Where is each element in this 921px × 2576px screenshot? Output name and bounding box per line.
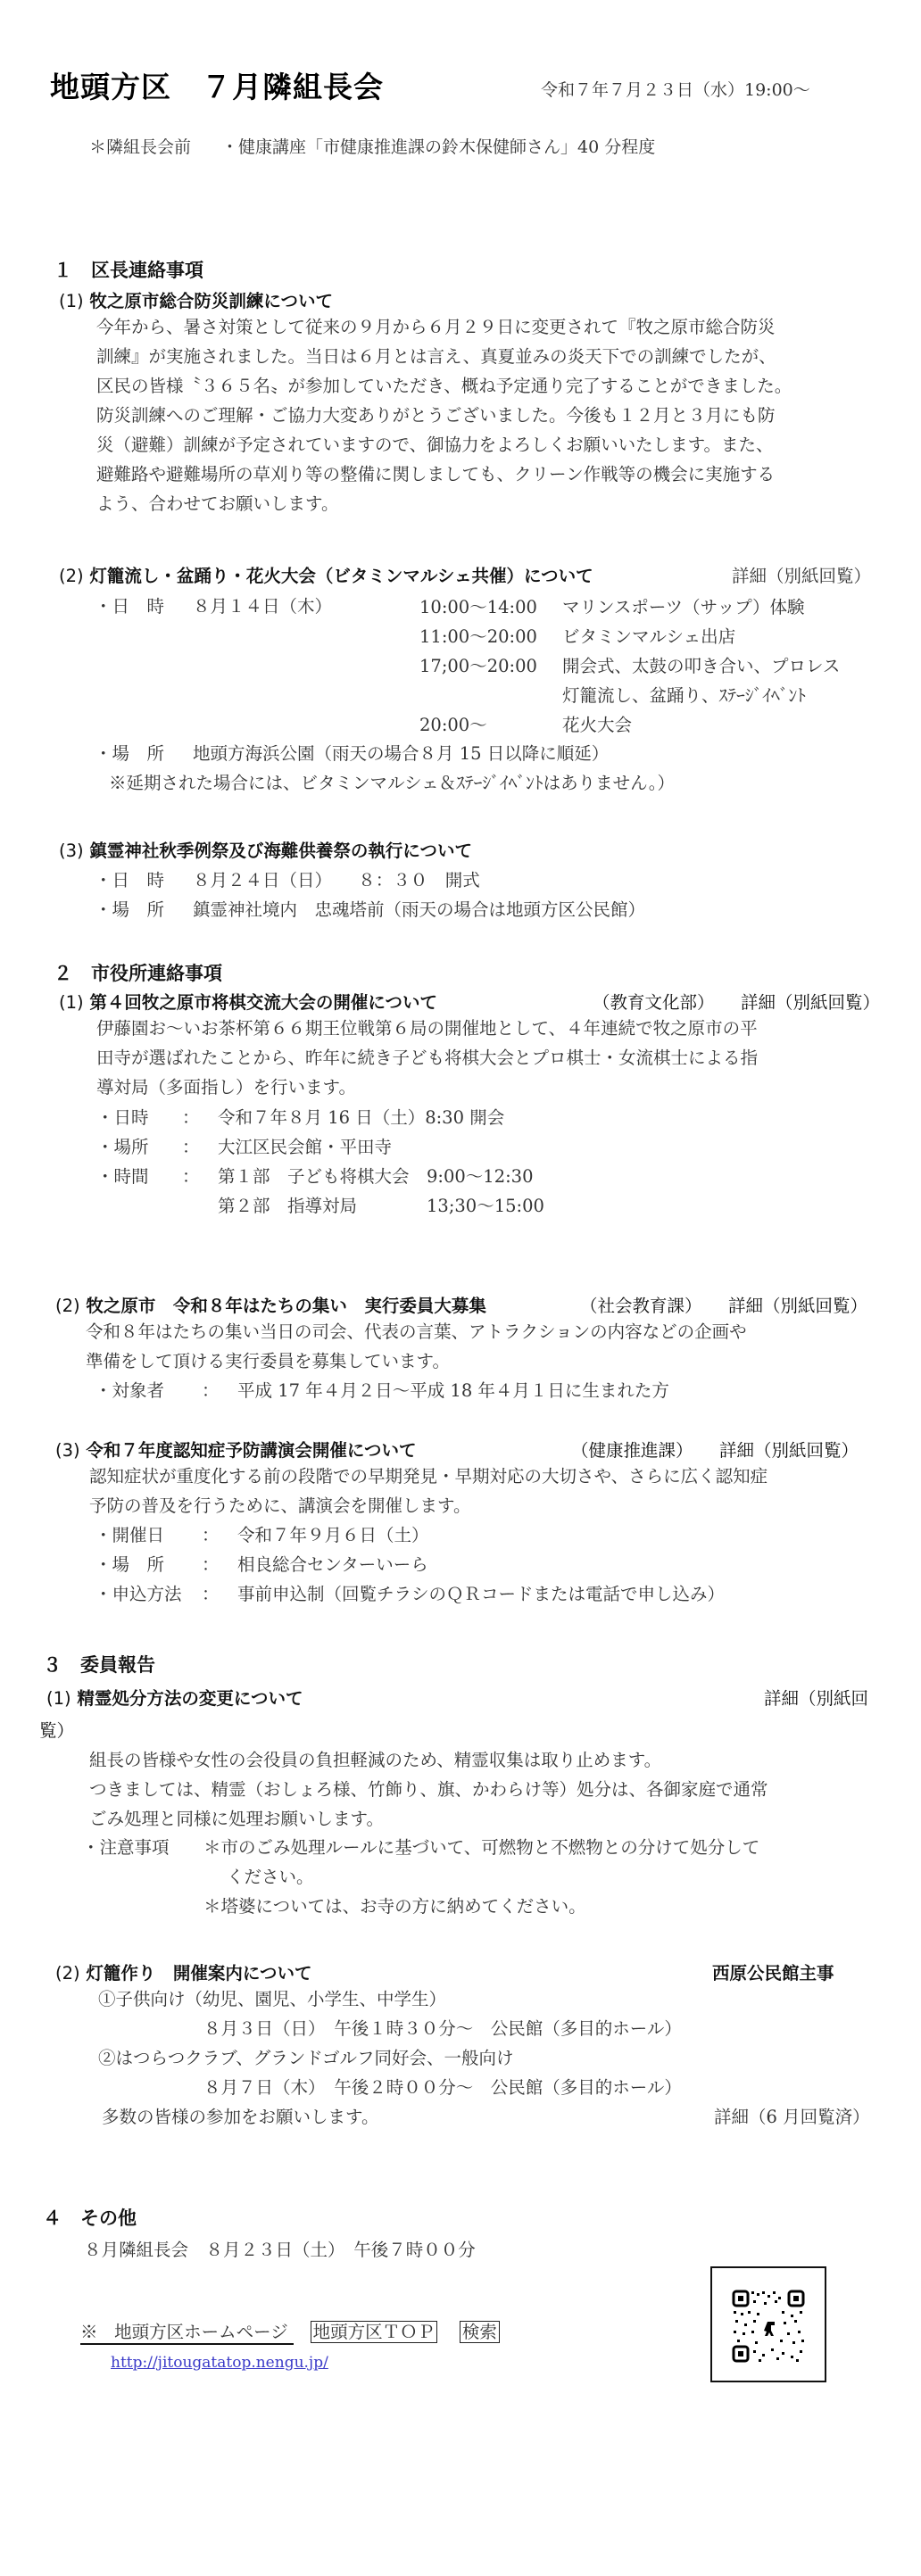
row-value: 令和７年９月６日（土） [237, 1520, 429, 1550]
search-button[interactable]: 検索 [460, 2321, 500, 2343]
row-label [96, 1191, 182, 1221]
row-sep: ： [182, 1132, 218, 1162]
body-line: 田寺が選ばれたことから、昨年に続き子ども将棋大会とプロ棋士・女流棋士による指 [96, 1043, 758, 1073]
row-label: ・日時 [96, 1103, 182, 1132]
s2-item3-heading: (3) 令和７年度認知症予防講演会開催について [55, 1437, 417, 1462]
s2-item3-dept: （健康推進課） [571, 1437, 693, 1462]
s1-item2-place-label: ・場 所 [95, 740, 164, 765]
s2-item1-body: 伊藤園お～いお茶杯第６６期王位戦第６局の開催地として、４年連続で牧之原市の平 田… [96, 1014, 758, 1102]
section-2-title: ２ 市役所連絡事項 [54, 959, 222, 986]
section-3-title: ３ 委員報告 [43, 1651, 155, 1677]
pre-meeting-label: ＊隣組長会前 [89, 134, 191, 158]
caution-line: ください。 [203, 1862, 759, 1892]
meeting-date: 令和７年７月２３日（水）19:00～ [541, 77, 810, 101]
body-line: 組長の皆様や女性の会役員の負担軽減のため、精霊収集は取り止めます。 [89, 1745, 768, 1775]
row-value: 大江区民会館・平田寺 [218, 1132, 392, 1162]
s3-item1-detail: 詳細（別紙回 [764, 1685, 868, 1710]
s4-text: ８月隣組長会 ８月２３日（土） 午後７時００分 [84, 2235, 476, 2265]
s1-item2-date-value: ８月１４日（木） [193, 592, 332, 617]
s1-item3-place-value: 鎮霊神社境内 忠魂塔前（雨天の場合は地頭方区公民館） [193, 896, 645, 921]
s3-item1-caution-label: ・注意事項 [82, 1833, 170, 1862]
info-row: ・開催日：令和７年９月６日（土） [95, 1520, 725, 1550]
row-sep: ： [202, 1376, 237, 1405]
s1-item2-schedule: 10:00～14:00マリンスポーツ（サップ）体験 11:00～20:00ビタミ… [419, 592, 840, 740]
s2-item2-rows: ・対象者：平成 17 年４月２日～平成 18 年４月１日に生まれた方 [95, 1376, 669, 1405]
section-1-title: １ 区長連絡事項 [54, 256, 203, 283]
info-row: ・申込方法：事前申込制（回覧チラシのＱＲコードまたは電話で申し込み） [95, 1579, 725, 1609]
row-label: ・場 所 [95, 1550, 202, 1579]
search-term-box[interactable]: 地頭方区ＴＯＰ [311, 2321, 438, 2343]
section-4-title: ４ その他 [43, 2204, 137, 2231]
row-value: 平成 17 年４月２日～平成 18 年４月１日に生まれた方 [237, 1376, 669, 1405]
s2-item3-rows: ・開催日：令和７年９月６日（土） ・場 所：相良総合センターいーら ・申込方法：… [95, 1520, 725, 1609]
s3-item1-heading: (1) 精霊処分方法の変更について [46, 1685, 303, 1710]
row-value: 令和７年８月 16 日（土）8:30 開会 [218, 1103, 504, 1132]
item-title: 鎮霊神社秋季例祭及び海難供養祭の執行について [89, 841, 472, 861]
body-line: 訓練』が実施されました。当日は６月とは言え、真夏並みの炎天下での訓練でしたが、 [96, 342, 792, 371]
item-title: 牧之原市総合防災訓練について [89, 291, 333, 311]
schedule-time: 10:00～14:00 [419, 592, 562, 622]
homepage-url-link[interactable]: http://jitougatatop.nengu.jp/ [111, 2354, 328, 2372]
page-title: 地頭方区 ７月隣組長会 [50, 64, 384, 106]
item-number: (1) [59, 992, 84, 1013]
body-line: つきましては、精霊（おしょろ様、竹飾り、旗、かわらけ等）処分は、各御家庭で通常 [89, 1775, 768, 1804]
s1-item1-heading: (1) 牧之原市総合防災訓練について [59, 287, 333, 312]
homepage-label-wrap: ※ 地頭方区ホームページ [80, 2322, 294, 2345]
body-line: 避難路や避難場所の草刈り等の整備に関しましても、クリーン作戦等の機会に実施する [96, 460, 792, 489]
row-value: 第２部 指導対局 13;30～15:00 [218, 1191, 544, 1221]
caution-line: ＊市のごみ処理ルールに基づいて、可燃物と不燃物との分けて処分して [203, 1833, 759, 1862]
schedule-event: ビタミンマルシェ出店 [562, 622, 735, 651]
body-line: 準備をして頂ける実行委員を募集しています。 [86, 1346, 747, 1376]
schedule-event: 花火大会 [562, 710, 632, 740]
schedule-time [419, 681, 562, 710]
event-line: ②はつらつクラブ、グランドゴルフ同好会、一般向け [98, 2043, 682, 2073]
s2-item1-dept: （教育文化部） [593, 989, 715, 1014]
s3-item1-detail-wrap: 覧） [39, 1717, 74, 1742]
pre-meeting-text: ・健康講座「市健康推進課の鈴木保健師さん」40 分程度 [221, 134, 655, 158]
s2-item1-detail: 詳細（別紙回覧） [741, 989, 880, 1014]
schedule-row: 11:00～20:00ビタミンマルシェ出店 [419, 622, 840, 651]
body-line: 今年から、暑さ対策として従来の９月から６月２９日に変更されて『牧之原市総合防災 [96, 312, 792, 342]
info-row: 第２部 指導対局 13;30～15:00 [96, 1191, 544, 1221]
body-line: 予防の普及を行うために、講演会を開催します。 [89, 1491, 767, 1520]
event-line: ８月３日（日） 午後１時３０分～ 公民館（多目的ホール） [98, 2014, 682, 2043]
row-sep: ： [182, 1162, 218, 1191]
item-title: 令和７年度認知症予防講演会開催について [86, 1440, 416, 1461]
s1-item2-detail: 詳細（別紙回覧） [732, 562, 871, 587]
item-number: (2) [59, 566, 84, 586]
s2-item2-detail: 詳細（別紙回覧） [728, 1292, 867, 1317]
s2-item1-rows: ・日時：令和７年８月 16 日（土）8:30 開会 ・場所：大江区民会館・平田寺… [96, 1103, 544, 1221]
info-row: ・場所：大江区民会館・平田寺 [96, 1132, 544, 1162]
item-number: (3) [59, 841, 84, 861]
row-label: ・申込方法 [95, 1579, 202, 1609]
s3-item2-closing: 多数の皆様の参加をお願いします。 [102, 2102, 378, 2132]
s3-item2-lines: ①子供向け（幼児、園児、小学生、中学生） ８月３日（日） 午後１時３０分～ 公民… [98, 1984, 682, 2102]
s3-item2-heading: (2) 灯籠作り 開催案内について [55, 1959, 312, 1984]
body-line: 導対局（多面指し）を行います。 [96, 1073, 758, 1102]
body-line: 区民の皆様〝３６５名〟が参加していただき、概ね予定通り完了することができました。 [96, 371, 792, 401]
s1-item3-date-value: ８月２４日（日） ８：３０ 開式 [193, 866, 480, 891]
schedule-event: 開会式、太鼓の叩き合い、プロレス [562, 651, 840, 681]
schedule-time: 20:00～ [419, 710, 562, 740]
s3-item2-detail: 詳細（6 月回覧済） [714, 2102, 870, 2132]
s2-item1-heading: (1) 第４回牧之原市将棋交流大会の開催について [59, 989, 437, 1014]
row-label: ・対象者 [95, 1376, 202, 1405]
item-number: (3) [55, 1440, 80, 1461]
item-title: 灯籠流し・盆踊り・花火大会（ビタミンマルシェ共催）について [89, 566, 593, 586]
row-value: 事前申込制（回覧チラシのＱＲコードまたは電話で申し込み） [237, 1579, 725, 1609]
caution-line: ＊塔婆については、お寺の方に納めてください。 [203, 1892, 759, 1921]
schedule-event: マリンスポーツ（サップ）体験 [562, 592, 804, 622]
s1-item2-date-label: ・日 時 [95, 592, 164, 617]
s1-item1-body: 今年から、暑さ対策として従来の９月から６月２９日に変更されて『牧之原市総合防災 … [96, 312, 792, 518]
s2-item2-dept: （社会教育課） [580, 1292, 702, 1317]
row-value: 相良総合センターいーら [237, 1550, 428, 1579]
s1-item3-heading: (3) 鎮霊神社秋季例祭及び海難供養祭の執行について [59, 837, 472, 862]
body-line: ごみ処理と同様に処理お願いします。 [89, 1804, 768, 1834]
row-label: ・場所 [96, 1132, 182, 1162]
row-sep [182, 1191, 218, 1221]
s2-item2-heading: (2) 牧之原市 令和８年はたちの集い 実行委員大募集 [55, 1292, 486, 1317]
item-title: 牧之原市 令和８年はたちの集い 実行委員大募集 [86, 1296, 486, 1316]
schedule-row: 20:00～花火大会 [419, 710, 840, 740]
item-number: (1) [46, 1688, 71, 1709]
s1-item2-note: ※延期された場合には、ビタミンマルシェ＆ｽﾃｰｼﾞｲﾍﾞﾝﾄはありません。） [109, 769, 675, 794]
item-number: (1) [59, 291, 84, 311]
event-line: ①子供向け（幼児、園児、小学生、中学生） [98, 1984, 682, 2014]
info-row: ・場 所：相良総合センターいーら [95, 1550, 725, 1579]
info-row: ・対象者：平成 17 年４月２日～平成 18 年４月１日に生まれた方 [95, 1376, 669, 1405]
homepage-note: ※ 地頭方区ホームページ 地頭方区ＴＯＰ 検索 [80, 2318, 500, 2343]
schedule-event: 灯籠流し、盆踊り、ｽﾃｰｼﾞｲﾍﾞﾝﾄ [562, 681, 806, 710]
body-line: 認知症状が重度化する前の段階での早期発見・早期対応の大切さや、さらに広く認知症 [89, 1462, 767, 1491]
body-line: 伊藤園お～いお茶杯第６６期王位戦第６局の開催地として、４年連続で牧之原市の平 [96, 1014, 758, 1043]
item-number: (2) [55, 1296, 80, 1316]
row-value: 第１部 子ども将棋大会 9:00～12:30 [218, 1162, 534, 1191]
s3-item2-org: 西原公民館主事 [712, 1959, 834, 1984]
item-title: 灯籠作り 開催案内について [86, 1963, 311, 1984]
s3-item1-caution: ＊市のごみ処理ルールに基づいて、可燃物と不燃物との分けて処分して ください。 ＊… [203, 1833, 759, 1921]
row-sep: ： [182, 1103, 218, 1132]
s1-item2-place-value: 地頭方海浜公園（雨天の場合８月 15 日以降に順延） [193, 740, 609, 765]
info-row: ・日時：令和７年８月 16 日（土）8:30 開会 [96, 1103, 544, 1132]
qr-code [710, 2266, 826, 2382]
info-row: ・時間：第１部 子ども将棋大会 9:00～12:30 [96, 1162, 544, 1191]
schedule-time: 17;00～20:00 [419, 651, 562, 681]
row-sep: ： [202, 1550, 237, 1579]
event-line: ８月７日（木） 午後２時００分～ 公民館（多目的ホール） [98, 2073, 682, 2102]
item-number: (2) [55, 1963, 80, 1984]
homepage-label: 地頭方区ホームページ [114, 2322, 288, 2342]
item-title: 精霊処分方法の変更について [77, 1688, 303, 1709]
schedule-row: 17;00～20:00開会式、太鼓の叩き合い、プロレス [419, 651, 840, 681]
row-sep: ： [202, 1579, 237, 1609]
s1-item3-date-label: ・日 時 [95, 866, 164, 891]
item-title: 第４回牧之原市将棋交流大会の開催について [89, 992, 437, 1013]
schedule-time: 11:00～20:00 [419, 622, 562, 651]
s2-item3-body: 認知症状が重度化する前の段階での早期発見・早期対応の大切さや、さらに広く認知症 … [89, 1462, 767, 1520]
row-label: ・開催日 [95, 1520, 202, 1550]
s2-item3-detail: 詳細（別紙回覧） [719, 1437, 859, 1462]
s2-item2-body: 令和８年はたちの集い当日の司会、代表の言葉、アトラクションの内容などの企画や 準… [86, 1317, 747, 1376]
body-line: よう、合わせてお願いします。 [96, 489, 792, 518]
qr-code-icon [712, 2268, 825, 2381]
schedule-row: 10:00～14:00マリンスポーツ（サップ）体験 [419, 592, 840, 622]
body-line: 令和８年はたちの集い当日の司会、代表の言葉、アトラクションの内容などの企画や [86, 1317, 747, 1346]
row-label: ・時間 [96, 1162, 182, 1191]
body-line: 災（避難）訓練が予定されていますので、御協力をよろしくお願いいたします。また、 [96, 430, 792, 460]
s1-item2-heading: (2) 灯籠流し・盆踊り・花火大会（ビタミンマルシェ共催）について [59, 562, 593, 587]
note-mark: ※ [80, 2322, 98, 2342]
schedule-row: 灯籠流し、盆踊り、ｽﾃｰｼﾞｲﾍﾞﾝﾄ [419, 681, 840, 710]
body-line: 防災訓練へのご理解・ご協力大変ありがとうございました。今後も１２月と３月にも防 [96, 401, 792, 430]
s1-item3-place-label: ・場 所 [95, 896, 164, 921]
row-sep: ： [202, 1520, 237, 1550]
s3-item1-body: 組長の皆様や女性の会役員の負担軽減のため、精霊収集は取り止めます。 つきましては… [89, 1745, 768, 1834]
